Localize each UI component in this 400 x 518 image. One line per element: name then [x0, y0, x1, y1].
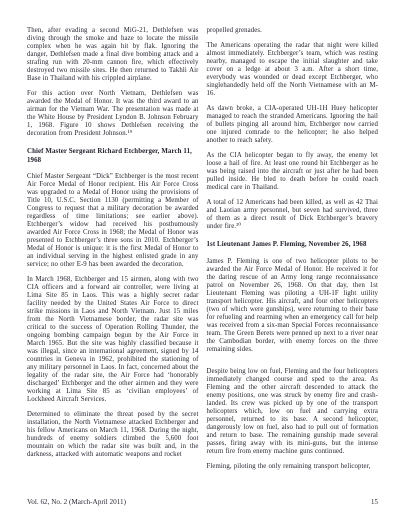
body-paragraph: propelled grenades.: [207, 27, 379, 35]
body-paragraph: As dawn broke, a CIA-operated UH-1H Huey…: [207, 105, 379, 145]
body-paragraph: The Americans operating the radar that n…: [207, 42, 379, 98]
body-paragraph: For this action over North Vietnam, Deth…: [27, 90, 199, 138]
body-paragraph: Fleming, piloting the only remaining tra…: [207, 463, 379, 471]
left-column: Then, after evading a second MiG-21, Det…: [27, 27, 199, 478]
page-footer: Vol. 62, No. 2 (March-April 2011) 15: [27, 498, 378, 506]
section-heading-fleming: 1st Lieutenant James P. Fleming, Novembe…: [207, 241, 379, 250]
section-heading-etchberger: Chief Master Sergeant Richard Etchberger…: [27, 148, 199, 165]
body-paragraph: A total of 12 Americans had been killed,…: [207, 199, 379, 231]
right-column: propelled grenades. The Americans operat…: [207, 27, 379, 478]
body-paragraph: James P. Fleming is one of two helicopte…: [207, 258, 379, 354]
body-paragraph: As the CIA helicopter began to fly away,…: [207, 152, 379, 192]
body-paragraph: In March 1968, Etchberger and 15 airmen,…: [27, 276, 199, 404]
body-paragraph: Chief Master Sergeant “Dick” Etchberger …: [27, 173, 199, 269]
body-paragraph: Determined to eliminate the threat posed…: [27, 411, 199, 459]
body-paragraph: Despite being low on fuel, Fleming and t…: [207, 368, 379, 456]
body-paragraph: Then, after evading a second MiG-21, Det…: [27, 27, 199, 83]
page-number: 15: [371, 498, 378, 506]
two-column-text-area: Then, after evading a second MiG-21, Det…: [27, 27, 378, 478]
document-page: Then, after evading a second MiG-21, Det…: [0, 0, 400, 518]
journal-volume-label: Vol. 62, No. 2 (March-April 2011): [27, 498, 126, 506]
